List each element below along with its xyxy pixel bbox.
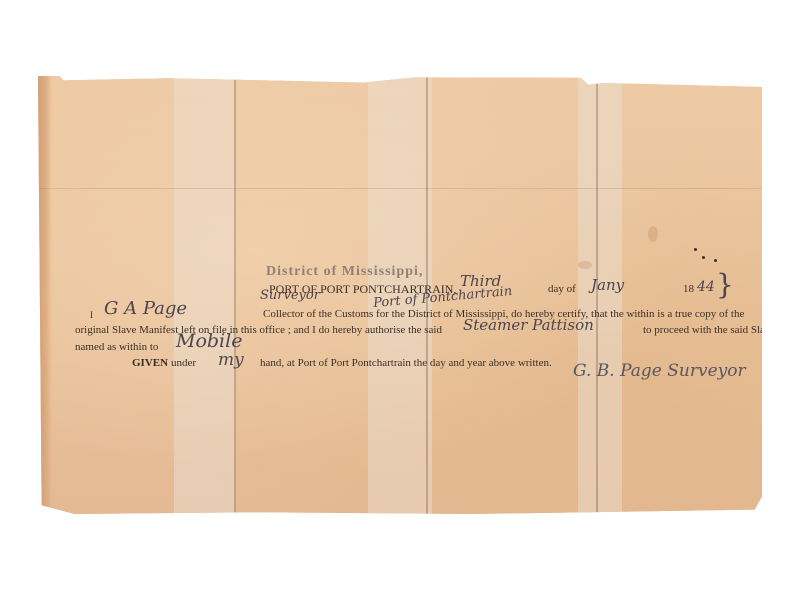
ink-speck — [702, 256, 705, 259]
ink-speck — [694, 248, 697, 251]
fold-line — [596, 76, 598, 514]
month-handwritten: Jany — [591, 276, 624, 294]
destination-label: named as within to — [75, 341, 158, 353]
tape-strip — [578, 76, 622, 514]
under-label: under — [171, 357, 196, 369]
day-of-label: day of — [548, 283, 576, 295]
stain — [648, 226, 658, 242]
tape-strip — [174, 76, 236, 514]
pronoun-i: I — [90, 310, 93, 320]
ink-speck — [714, 259, 717, 262]
bracket: } — [716, 268, 734, 301]
fold-line — [234, 76, 236, 514]
stain — [578, 261, 592, 269]
fold-line-horizontal — [38, 188, 762, 189]
name-handwritten: G A Page — [104, 298, 187, 319]
title-handwritten: Surveyor — [260, 288, 320, 303]
given-line: hand, at Port of Port Pontchartrain the … — [260, 357, 552, 369]
district-heading: District of Mississippi, — [266, 264, 423, 280]
vessel-handwritten: Steamer Pattison — [463, 316, 594, 334]
manifest-line-b: to proceed with the said Slave — [643, 324, 775, 336]
manifest-document: District of Mississippi, PORT OF PORT PO… — [38, 76, 762, 514]
signature: G. B. Page Surveyor — [573, 361, 746, 381]
year-printed: 18 — [683, 283, 694, 295]
year-handwritten: 44 — [697, 279, 715, 295]
destination-handwritten: Mobile — [176, 330, 242, 352]
paper-edge-stain — [38, 76, 52, 514]
given-label: GIVEN — [132, 357, 168, 369]
my-handwritten: my — [218, 350, 244, 370]
manifest-line-a: original Slave Manifest left on file in … — [75, 324, 442, 336]
